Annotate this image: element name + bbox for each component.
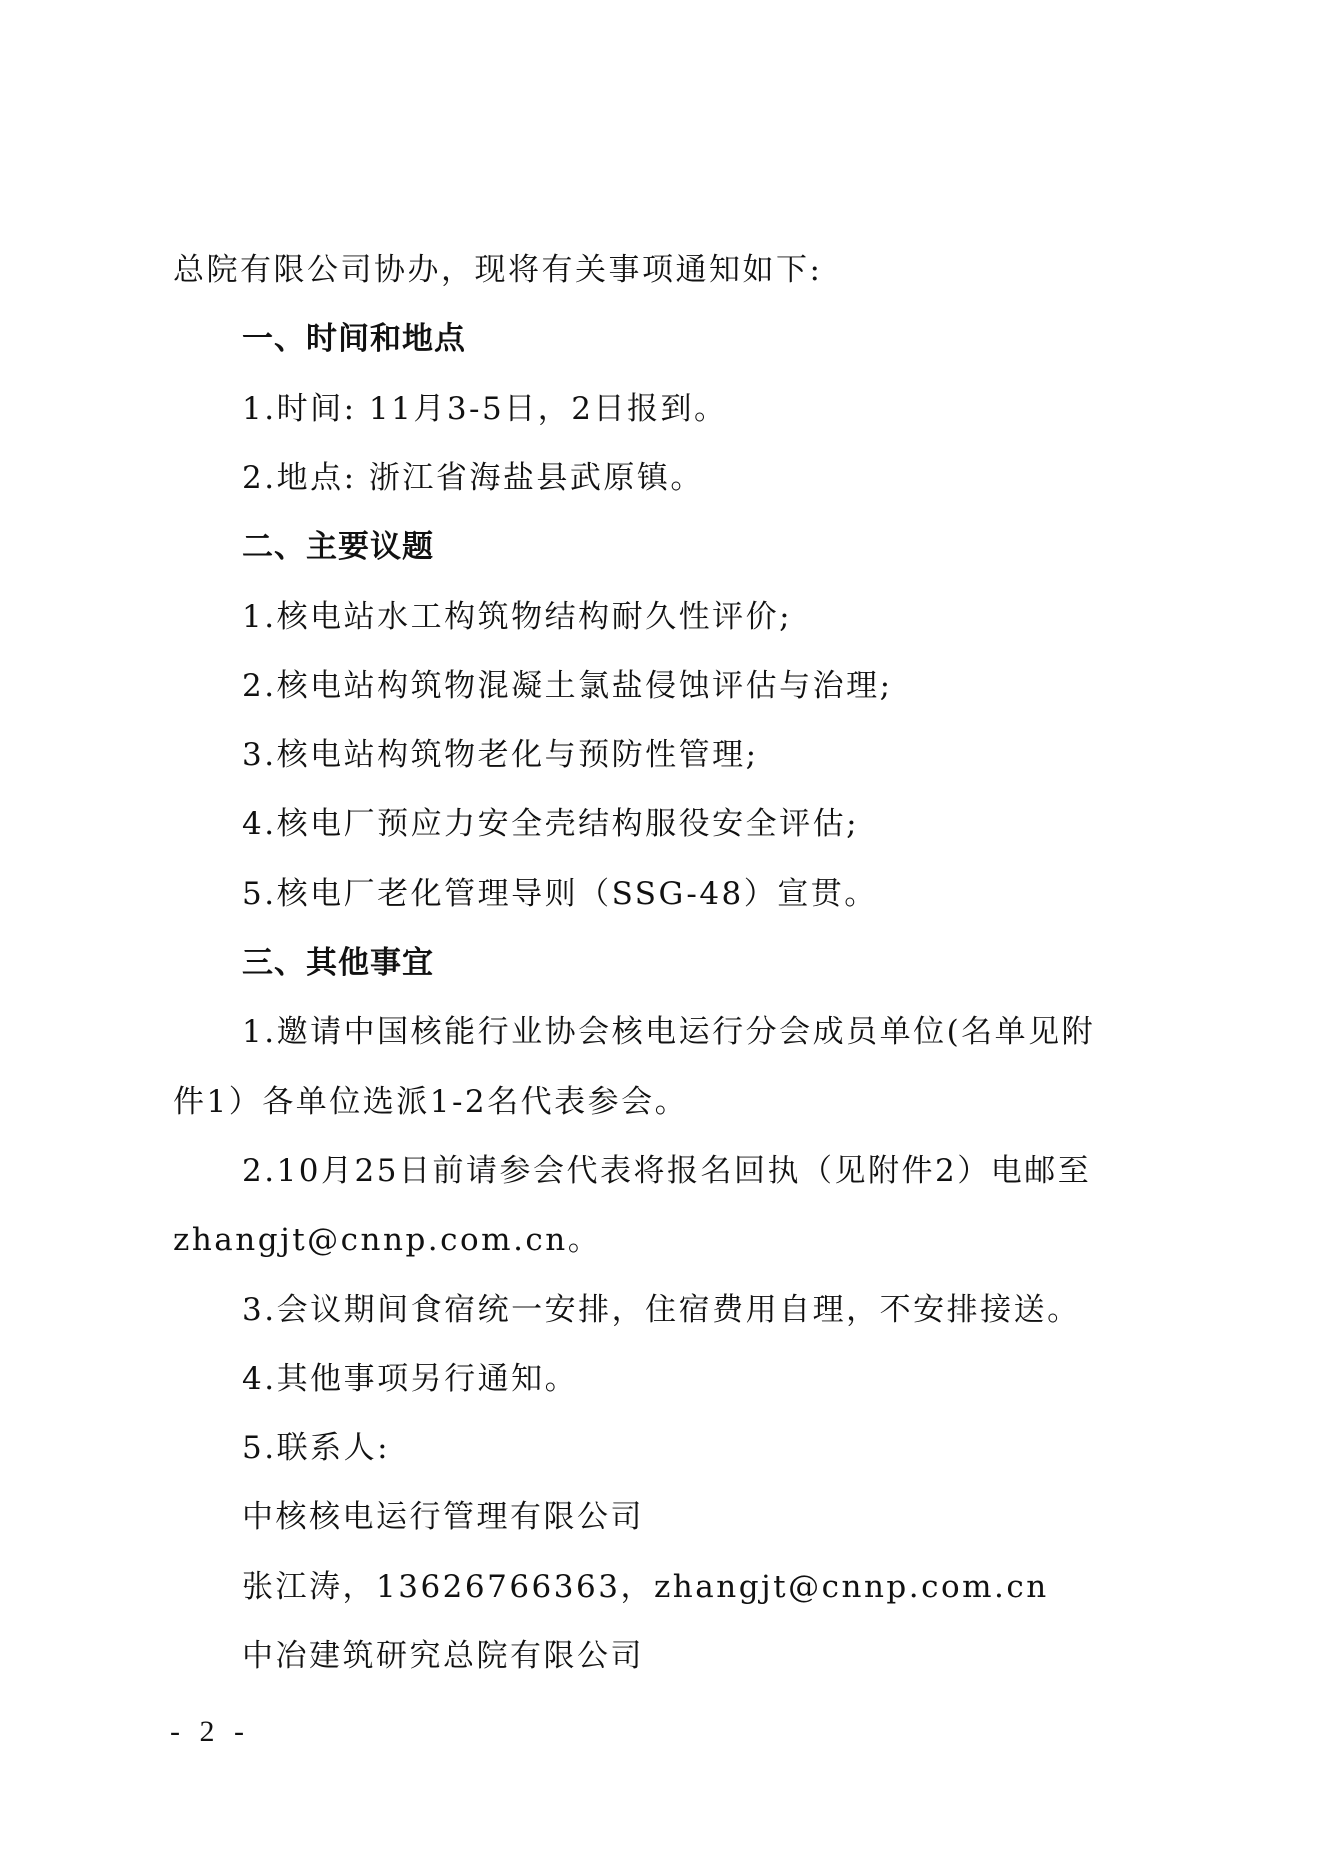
contact-org-1: 中核核电运行管理有限公司: [242, 1497, 1149, 1537]
other-item-1-line-2: 件1）各单位选派1-2名代表参会。: [173, 1082, 1149, 1122]
other-item-1-line-1: 1.邀请中国核能行业协会核电运行分会成员单位(名单见附: [242, 1012, 1149, 1052]
section-heading-main-topics: 二、主要议题: [242, 527, 1149, 567]
item-time: 1.时间: 11月3-5日，2日报到。: [242, 389, 1149, 429]
section-heading-other-matters: 三、其他事宜: [242, 943, 1149, 983]
other-item-2-email: zhangjt@cnnp.com.cn。: [173, 1220, 1149, 1260]
page-number: - 2 -: [170, 1715, 250, 1749]
topic-item-4: 4.核电厂预应力安全壳结构服役安全评估;: [242, 804, 1149, 844]
other-item-5-contacts-label: 5.联系人:: [242, 1428, 1149, 1468]
topic-item-1: 1.核电站水工构筑物结构耐久性评价;: [242, 597, 1149, 637]
item-place: 2.地点: 浙江省海盐县武原镇。: [242, 458, 1149, 498]
document-page: 总院有限公司协办，现将有关事项通知如下: 一、时间和地点 1.时间: 11月3-…: [0, 0, 1323, 1871]
section-heading-time-place: 一、时间和地点: [242, 319, 1149, 359]
topic-item-2: 2.核电站构筑物混凝土氯盐侵蚀评估与治理;: [242, 666, 1149, 706]
contact-person-1: 张江涛，13626766363，zhangjt@cnnp.com.cn: [242, 1567, 1149, 1607]
other-item-3: 3.会议期间食宿统一安排，住宿费用自理，不安排接送。: [242, 1290, 1149, 1330]
topic-item-3: 3.核电站构筑物老化与预防性管理;: [242, 735, 1149, 775]
paragraph-intro-continuation: 总院有限公司协办，现将有关事项通知如下:: [173, 250, 1149, 290]
contact-org-2: 中冶建筑研究总院有限公司: [242, 1636, 1149, 1676]
other-item-4: 4.其他事项另行通知。: [242, 1359, 1149, 1399]
topic-item-5: 5.核电厂老化管理导则（SSG-48）宣贯。: [242, 874, 1149, 914]
other-item-2-line-1: 2.10月25日前请参会代表将报名回执（见附件2）电邮至: [242, 1151, 1149, 1191]
